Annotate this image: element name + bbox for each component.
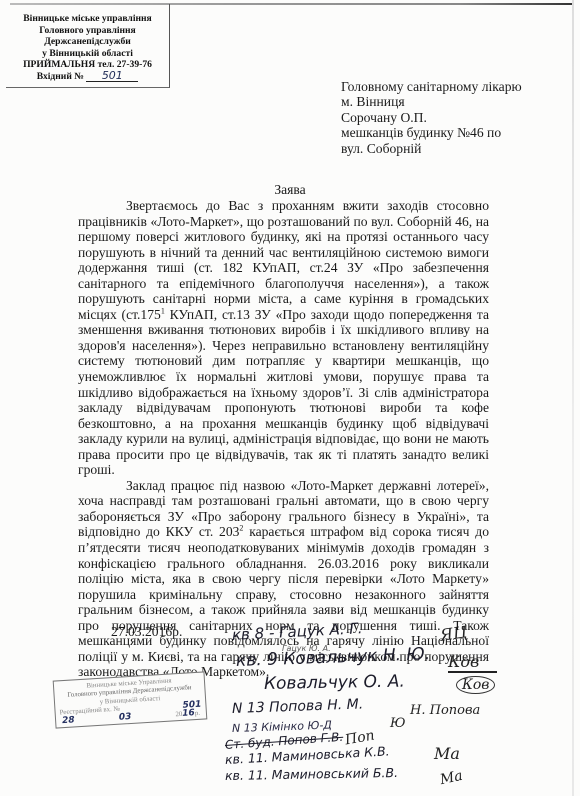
reg-year-value: 16 xyxy=(182,708,195,719)
signature-mark: Ков xyxy=(448,652,497,673)
scanned-document-page: Вінницьке міське управління Головного уп… xyxy=(0,0,580,796)
document-body: Звертаємось до Вас з проханням вжити зах… xyxy=(78,198,489,680)
addressee-line: Головному санітарному лікарю xyxy=(341,79,522,94)
signature-line: N 13 Попова Н. М. xyxy=(232,696,364,717)
intake-stamp-line: ПРИЙМАЛЬНЯ тел. 27-39-76 xyxy=(6,59,169,71)
signature-mark: ЯЦ xyxy=(439,622,468,645)
registration-stamp: Вінницьке міське Управління Головного уп… xyxy=(53,671,208,728)
incoming-label: Вхідний № xyxy=(37,71,84,82)
signature-mark: Ю xyxy=(390,716,406,731)
document-title: Заява xyxy=(0,182,580,198)
addressee-line: м. Вінниця xyxy=(341,94,522,109)
signature-mark: Ма xyxy=(439,768,465,788)
reg-year-suffix: р. xyxy=(195,710,201,717)
intake-stamp-line: Головного управління xyxy=(6,25,169,37)
reg-year: 2016р. xyxy=(175,709,200,720)
addressee-block: Головному санітарному лікарю м. Вінниця … xyxy=(341,79,522,156)
reg-day: 28 xyxy=(62,717,75,727)
reg-month: 03 xyxy=(119,713,132,723)
intake-stamp-line: Вінницьке міське управління xyxy=(6,13,169,25)
incoming-number-row: Вхідний № 501 xyxy=(6,71,169,83)
paragraph-1: Звертаємось до Вас з проханням вжити зах… xyxy=(78,198,489,478)
incoming-number: 501 xyxy=(86,71,138,82)
intake-stamp-line: у Вінницькій області xyxy=(6,48,169,60)
signature-mark: Ма xyxy=(434,744,460,763)
paragraph-1-text-b: КУпАП, ст.13 ЗУ «Про заходи щодо поперед… xyxy=(78,307,489,477)
intake-stamp: Вінницьке міське управління Головного уп… xyxy=(6,4,170,88)
addressee-line: Сорочану О.П. xyxy=(341,110,522,125)
document-date: 27.03.2016р. xyxy=(111,624,182,640)
addressee-line: мешканців будинку №46 по xyxy=(341,125,522,140)
addressee-line: вул. Соборній xyxy=(341,141,522,156)
signature-mark: Ков xyxy=(456,676,495,694)
paragraph-1-text-a: Звертаємось до Вас з проханням вжити зах… xyxy=(78,198,489,322)
signature-line: Ковальчук О. А. xyxy=(264,672,405,694)
signature-line: кв. 11. Маминовський Б.В. xyxy=(225,765,398,783)
intake-stamp-line: Держсанепідслужби xyxy=(6,36,169,48)
signature-mark: Н. Попова xyxy=(410,703,480,718)
scan-edge-right xyxy=(572,0,574,796)
